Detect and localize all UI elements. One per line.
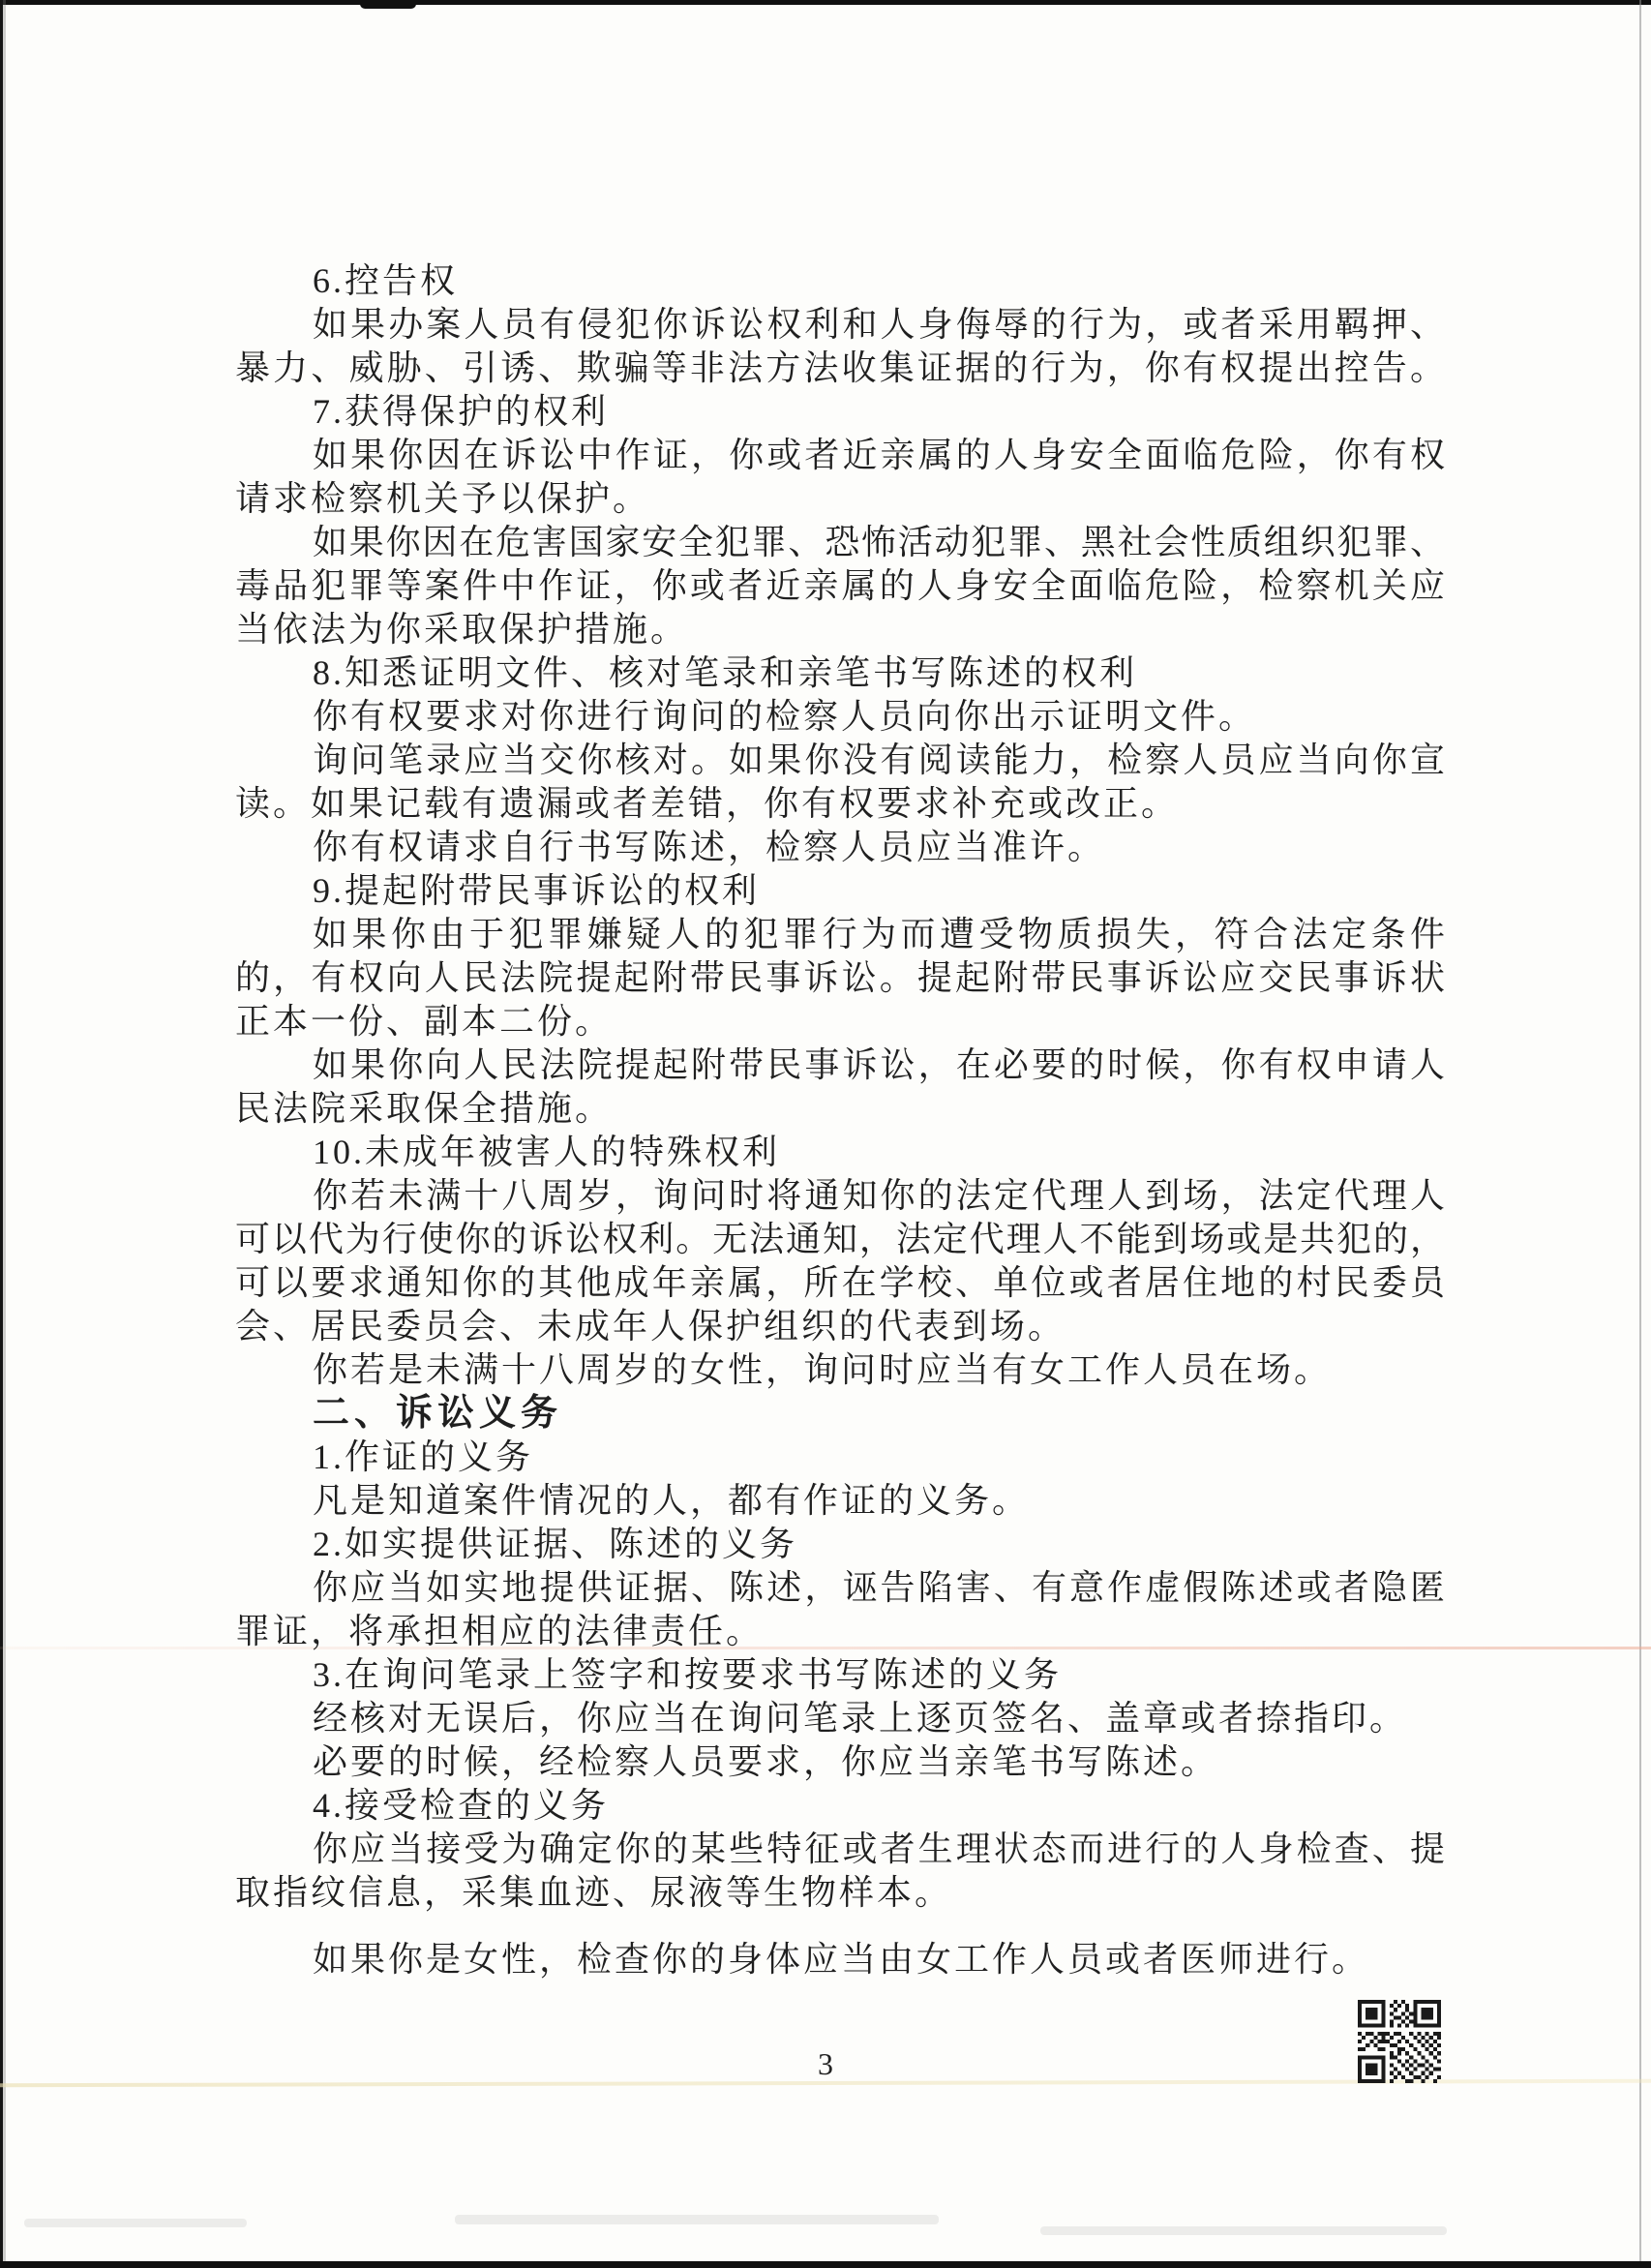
text-line: 6.控告权 xyxy=(235,259,1445,303)
text-line: 正本一份、副本二份。 xyxy=(235,1000,1445,1043)
text-line: 3.在询问笔录上签字和按要求书写陈述的义务 xyxy=(235,1653,1445,1697)
text-line: 读。如果记载有遗漏或者差错，你有权要求补充或改正。 xyxy=(235,782,1445,826)
text-line: 2.如实提供证据、陈述的义务 xyxy=(235,1523,1445,1566)
scan-smudge xyxy=(1040,2226,1447,2235)
scan-edge-top-bump xyxy=(360,0,416,9)
text-line: 7.获得保护的权利 xyxy=(235,390,1445,434)
text-line: 9.提起附带民事诉讼的权利 xyxy=(235,869,1445,913)
text-line: 请求检察机关予以保护。 xyxy=(235,477,1445,521)
text-line: 如果办案人员有侵犯你诉讼权利和人身侮辱的行为，或者采用羁押、 xyxy=(235,303,1445,347)
scan-edge-right xyxy=(1639,0,1641,2268)
text-line: 1.作证的义务 xyxy=(235,1436,1445,1479)
document-lines: 6.控告权如果办案人员有侵犯你诉讼权利和人身侮辱的行为，或者采用羁押、暴力、威胁… xyxy=(235,259,1445,1981)
text-line: 经核对无误后，你应当在询问笔录上逐页签名、盖章或者捺指印。 xyxy=(235,1697,1445,1740)
text-line: 询问笔录应当交你核对。如果你没有阅读能力，检察人员应当向你宣 xyxy=(235,739,1445,782)
text-line: 取指纹信息，采集血迹、尿液等生物样本。 xyxy=(235,1871,1445,1915)
text-line: 二、诉讼义务 xyxy=(235,1392,1445,1436)
text-line: 毒品犯罪等案件中作证，你或者近亲属的人身安全面临危险，检察机关应 xyxy=(235,564,1445,608)
blank-line xyxy=(235,1915,1445,1938)
text-line: 你若是未满十八周岁的女性，询问时应当有女工作人员在场。 xyxy=(235,1348,1445,1392)
text-line: 10.未成年被害人的特殊权利 xyxy=(235,1131,1445,1174)
text-line: 8.知悉证明文件、核对笔录和亲笔书写陈述的权利 xyxy=(235,651,1445,695)
text-line: 如果你由于犯罪嫌疑人的犯罪行为而遭受物质损失，符合法定条件 xyxy=(235,913,1445,956)
text-line: 暴力、威胁、引诱、欺骗等非法方法收集证据的行为，你有权提出控告。 xyxy=(235,347,1445,390)
scan-smudge xyxy=(24,2219,247,2227)
text-line: 可以要求通知你的其他成年亲属，所在学校、单位或者居住地的村民委员 xyxy=(235,1261,1445,1305)
text-line: 的，有权向人民法院提起附带民事诉讼。提起附带民事诉讼应交民事诉状 xyxy=(235,956,1445,1000)
text-line: 如果你因在诉讼中作证，你或者近亲属的人身安全面临危险，你有权 xyxy=(235,434,1445,477)
text-line: 你应当接受为确定你的某些特征或者生理状态而进行的人身检查、提 xyxy=(235,1828,1445,1871)
text-line: 民法院采取保全措施。 xyxy=(235,1087,1445,1131)
text-line: 如果你向人民法院提起附带民事诉讼，在必要的时候，你有权申请人 xyxy=(235,1043,1445,1087)
scan-edge-left-shadow xyxy=(3,0,6,2268)
text-line: 如果你因在危害国家安全犯罪、恐怖活动犯罪、黑社会性质组织犯罪、 xyxy=(235,521,1445,564)
text-line: 你应当如实地提供证据、陈述，诬告陷害、有意作虚假陈述或者隐匿 xyxy=(235,1566,1445,1610)
text-line: 凡是知道案件情况的人，都有作证的义务。 xyxy=(235,1479,1445,1523)
text-line: 你有权要求对你进行询问的检察人员向你出示证明文件。 xyxy=(235,695,1445,739)
scan-edge-bottom xyxy=(0,2261,1651,2268)
text-line: 4.接受检查的义务 xyxy=(235,1784,1445,1828)
text-line: 当依法为你采取保护措施。 xyxy=(235,608,1445,651)
text-line: 可以代为行使你的诉讼权利。无法通知，法定代理人不能到场或是共犯的， xyxy=(235,1218,1445,1261)
text-line: 会、居民委员会、未成年人保护组织的代表到场。 xyxy=(235,1305,1445,1348)
text-line: 必要的时候，经检察人员要求，你应当亲笔书写陈述。 xyxy=(235,1740,1445,1784)
scan-smudge xyxy=(455,2215,939,2224)
scanned-page: 6.控告权如果办案人员有侵犯你诉讼权利和人身侮辱的行为，或者采用羁押、暴力、威胁… xyxy=(0,0,1651,2268)
text-line: 罪证，将承担相应的法律责任。 xyxy=(235,1610,1445,1653)
text-line: 你若未满十八周岁，询问时将通知你的法定代理人到场，法定代理人 xyxy=(235,1174,1445,1218)
scan-edge-top xyxy=(0,0,1651,5)
text-line: 你有权请求自行书写陈述，检察人员应当准许。 xyxy=(235,826,1445,869)
text-line: 如果你是女性，检查你的身体应当由女工作人员或者医师进行。 xyxy=(235,1938,1445,1981)
qr-code-icon xyxy=(1355,2000,1444,2083)
